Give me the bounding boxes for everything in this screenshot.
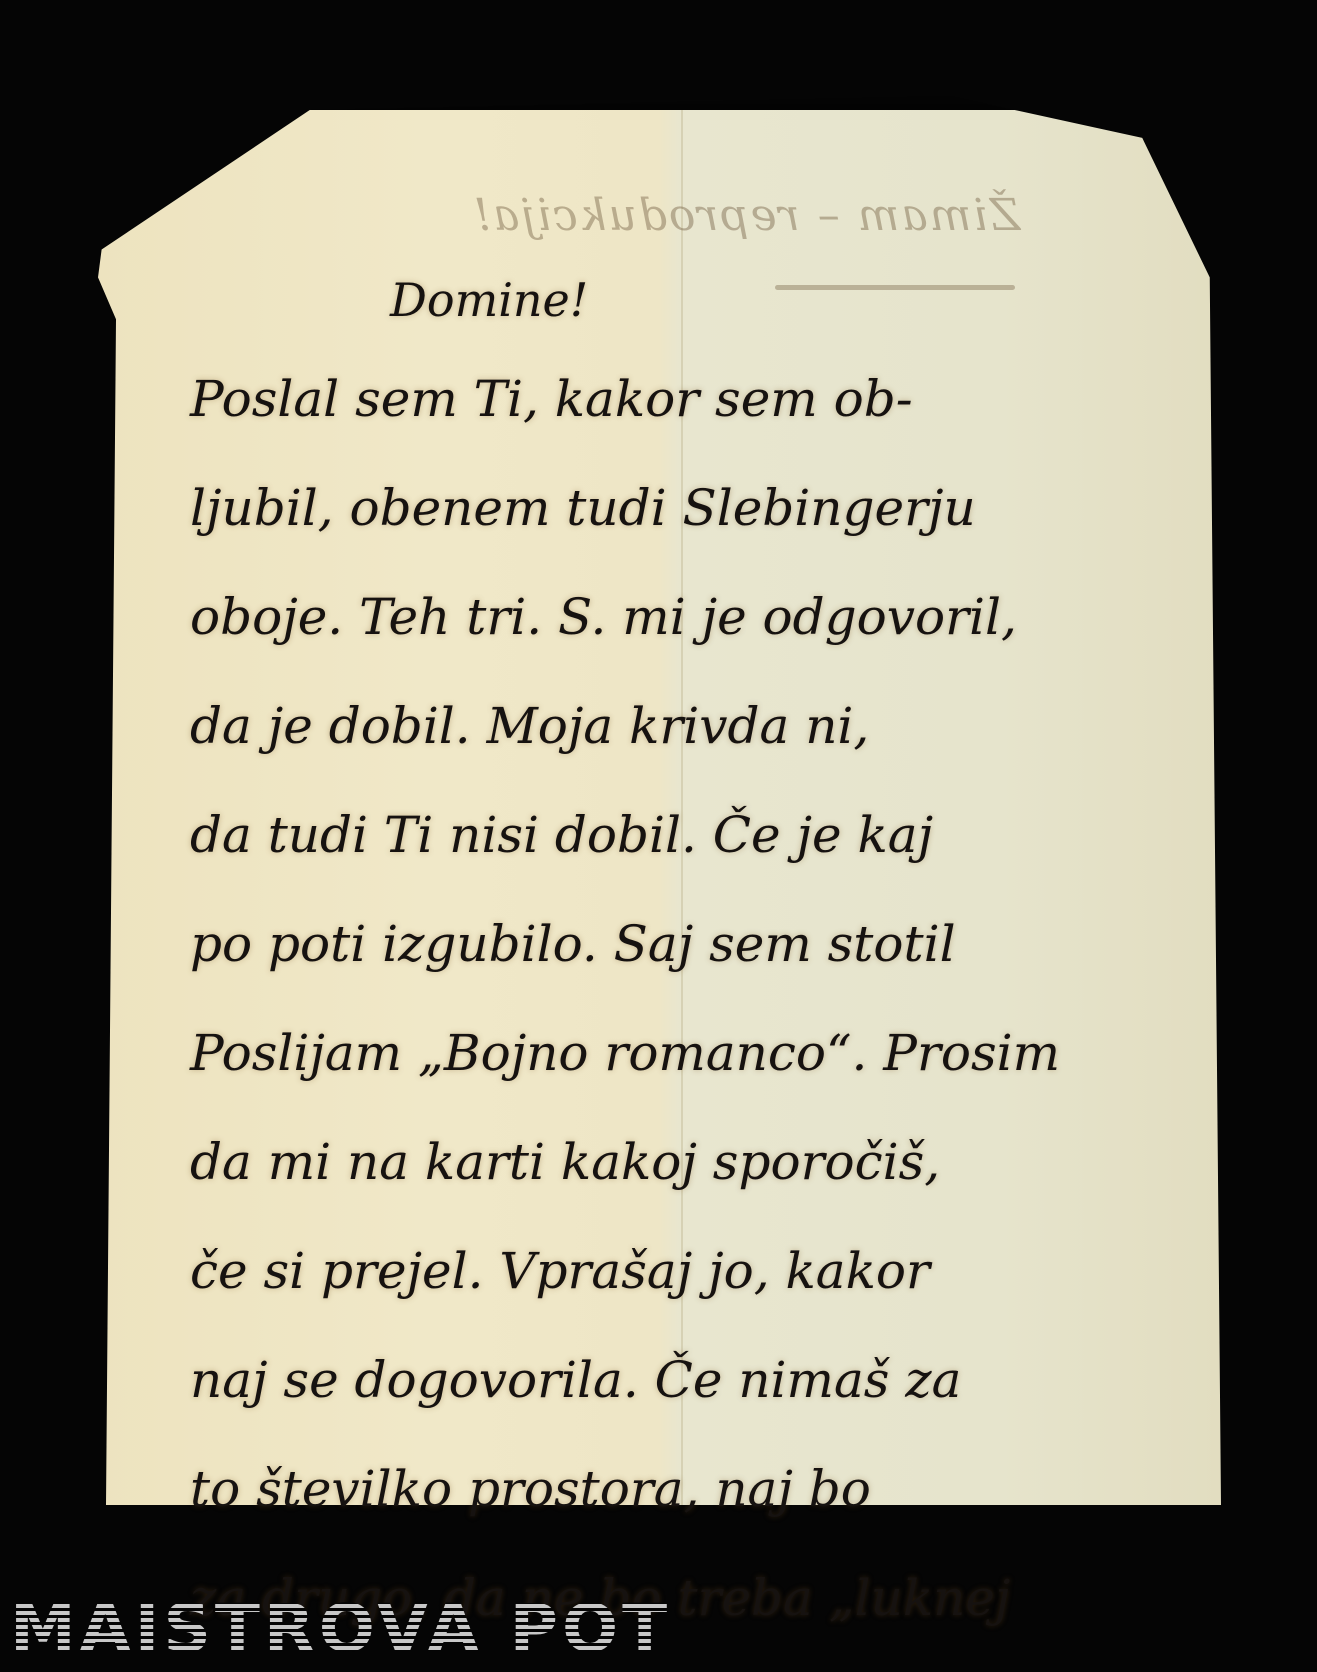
letter-line: Poslijam „Bojno romanco“. Prosim bbox=[190, 999, 1150, 1108]
letter-line: to številko prostora, naj bo bbox=[190, 1435, 1150, 1544]
letter-line: Poslal sem Ti, kakor sem ob- bbox=[190, 345, 1150, 454]
letter-line: po poti izgubilo. Saj sem stotil bbox=[190, 890, 1150, 999]
letter-line: naj se dogovorila. Če nimaš za bbox=[190, 1326, 1150, 1435]
letter-greeting: Domine! bbox=[390, 255, 1150, 345]
watermark-logo: MAISTROVA POT bbox=[10, 1590, 671, 1667]
letter-body: Domine! Poslal sem Ti, kakor sem ob- lju… bbox=[190, 255, 1150, 1653]
bleed-through-text: Žimam – reprodukcija! bbox=[200, 190, 1020, 241]
letter-line: da je dobil. Moja krivda ni, bbox=[190, 672, 1150, 781]
letter-line: če si prejel. Vprašaj jo, kakor bbox=[190, 1217, 1150, 1326]
letter-line: oboje. Teh tri. S. mi je odgovoril, bbox=[190, 563, 1150, 672]
letter-line: da mi na karti kakoj sporočiš, bbox=[190, 1108, 1150, 1217]
letter-line: da tudi Ti nisi dobil. Če je kaj bbox=[190, 781, 1150, 890]
letter-line: ljubil, obenem tudi Slebingerju bbox=[190, 454, 1150, 563]
